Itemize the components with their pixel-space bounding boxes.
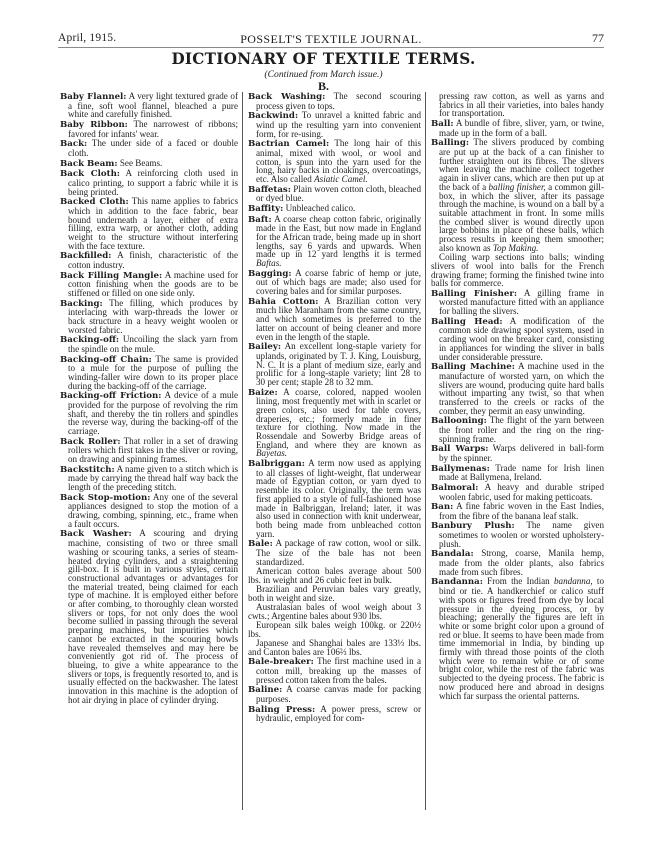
dictionary-entry: Ball: A bundle of fibre, sliver, yarn, o… (431, 119, 604, 137)
entry-continuation: pressing raw cotton, as well as yarns an… (431, 92, 604, 118)
dictionary-entry: Backing-off: Uncoiling the slack yarn fr… (60, 335, 238, 353)
entry-definition: A coarse, colored, napped woolen lining,… (256, 387, 421, 450)
entry-paragraph: American cotton bales average about 500 … (248, 567, 421, 584)
dictionary-entry: Banbury Plush: The name given sometimes … (431, 521, 604, 548)
dictionary-entry: Baft: A coarse cheap cotton fabric, orig… (248, 215, 421, 268)
dictionary-entry: Bandala: Strong, coarse, Manila hemp, ma… (431, 549, 604, 576)
entry-definition-cont: to bind or tie. A handkerchief or calico… (439, 576, 604, 700)
dictionary-entry: Backing: The filling, which produces by … (60, 299, 238, 335)
dictionary-entry: Back: The under side of a faced or doubl… (60, 139, 238, 157)
dictionary-entry: Bahia Cotton: A Brazilian cotton very mu… (248, 297, 421, 342)
dictionary-entry: Baize: A coarse, colored, napped woolen … (248, 388, 421, 459)
entry-italic-term: Asiatic Camel. (314, 174, 368, 184)
entry-paragraph: Brazilian and Peruvian bales vary greatl… (248, 585, 421, 602)
column-2: Back Washing: The second scouring proces… (242, 92, 421, 810)
entry-italic-term: Top Making. (493, 243, 539, 253)
entry-paragraph: Australasian bales of wool weigh about 3… (248, 603, 421, 620)
dictionary-entry: Ballooning: The flight of the yarn betwe… (431, 416, 604, 443)
dictionary-entry: Baffetas: Plain woven cotton cloth, blea… (248, 185, 421, 203)
entry-definition: A fine fabric woven in the East Indies, … (439, 501, 604, 521)
entry-definition: A bundle of fibre, sliver, yarn, or twin… (439, 118, 604, 138)
dictionary-entry: Baby Flannel: A very light textured grad… (60, 92, 238, 119)
dictionary-entry: Backstitch: A name given to a stitch whi… (60, 465, 238, 492)
dictionary-entry: Backfilled: A finish, characteristic of … (60, 251, 238, 269)
entry-paragraph: Japanese and Shanghai bales are 133⅓ lbs… (248, 639, 421, 656)
entry-definition: From the Indian (487, 576, 550, 586)
entry-definition: A term now used as applying to all class… (256, 458, 421, 539)
dictionary-entry: Bale-breaker: The first machine used in … (248, 657, 421, 684)
entry-term: Back Beam: (60, 159, 118, 169)
dictionary-entry: Baby Ribbon: The narrowest of ribbons; f… (60, 120, 238, 138)
dictionary-entry: Balling Machine: A machine used in the m… (431, 362, 604, 415)
entry-paragraph: Coiling warp sections into balls; windin… (431, 253, 604, 288)
dictionary-entry: Balmoral: A heavy and durable striped wo… (431, 483, 604, 501)
dictionary-entry: Back Beam: See Beams. (60, 159, 238, 169)
dictionary-entry: Ball Warps: Warps delivered in ball-form… (431, 444, 604, 462)
entry-definition: A package of raw cotton, wool or silk. T… (256, 538, 421, 566)
dictionary-entry: Balling Finisher: A gilling frame in wor… (431, 289, 604, 316)
dictionary-entry: Baffity: Unbleached calico. (248, 204, 421, 214)
dictionary-entry: Bagging: A coarse fabric of hemp or jute… (248, 269, 421, 296)
dictionary-entry: Backwind: To unravel a knitted fabric an… (248, 111, 421, 138)
entry-italic-term: Bayetas. (256, 448, 287, 458)
dictionary-entry: Ban: A fine fabric woven in the East Ind… (431, 502, 604, 520)
page-number: 77 (592, 31, 604, 46)
dictionary-entry: Baline: A coarse canvas made for packing… (248, 685, 421, 703)
dictionary-entry: Back Washer: A scouring and drying machi… (60, 529, 238, 704)
dictionary-entry: Back Roller: That roller in a set of dra… (60, 437, 238, 464)
running-header: April, 1915. POSSELT'S TEXTILE JOURNAL. … (58, 31, 604, 48)
column-1: Baby Flannel: A very light textured grad… (60, 92, 238, 705)
dictionary-entry: Bailey: An excellent long-staple variety… (248, 342, 421, 387)
entry-term: Baffity: (248, 204, 283, 214)
journal-name: POSSELT'S TEXTILE JOURNAL. (58, 32, 604, 47)
dictionary-entry: Backing-off Chain: The same is provided … (60, 355, 238, 391)
dictionary-entry: Backing-off Friction: A device of a mule… (60, 391, 238, 436)
dictionary-entry: Back Cloth: A reinforcing cloth used in … (60, 169, 238, 196)
entry-italic-term: bandanna, (554, 576, 593, 586)
dictionary-entry: Bandanna: From the Indian bandanna, to b… (431, 577, 604, 700)
dictionary-entry: Baling Press: A power press, screw or hy… (248, 705, 421, 723)
column-3: pressing raw cotton, as well as yarns an… (425, 92, 604, 810)
entry-paragraph: European silk bales weigh 100kg. or 220½… (248, 621, 421, 638)
dictionary-entry: Back Stop-motion: Any one of the several… (60, 493, 238, 529)
dictionary-entry: Balbriggan: A term now used as applying … (248, 459, 421, 538)
dictionary-entry: Balling: The slivers produced by combing… (431, 138, 604, 252)
entry-definition: A scouring and drying machine, consistin… (68, 528, 238, 704)
dictionary-entry: Back Washing: The second scouring proces… (248, 92, 421, 110)
entry-definition: Unbleached calico. (286, 203, 356, 213)
dictionary-entry: Balling Head: A modification of the comm… (431, 317, 604, 362)
dictionary-entry: Bactrian Camel: The long hair of this an… (248, 139, 421, 184)
entry-definition: The under side of a faced or double clot… (68, 138, 238, 158)
dictionary-entry: Backed Cloth: This name applies to fabri… (60, 197, 238, 250)
entry-definition: See Beams. (120, 158, 162, 168)
entry-definition: An excellent long-staple variety for upl… (256, 341, 421, 387)
entry-italic-term: Baftas. (256, 258, 282, 268)
entry-definition: A coarse cheap cotton fabric, originally… (256, 214, 421, 260)
dictionary-entry: Bale: A package of raw cotton, wool or s… (248, 539, 421, 566)
dictionary-entry: Back Filling Mangle: A machine used for … (60, 271, 238, 298)
article-title: DICTIONARY OF TEXTILE TERMS. (16, 49, 631, 68)
dictionary-entry: Ballymenas: Trade name for Irish linen m… (431, 464, 604, 482)
